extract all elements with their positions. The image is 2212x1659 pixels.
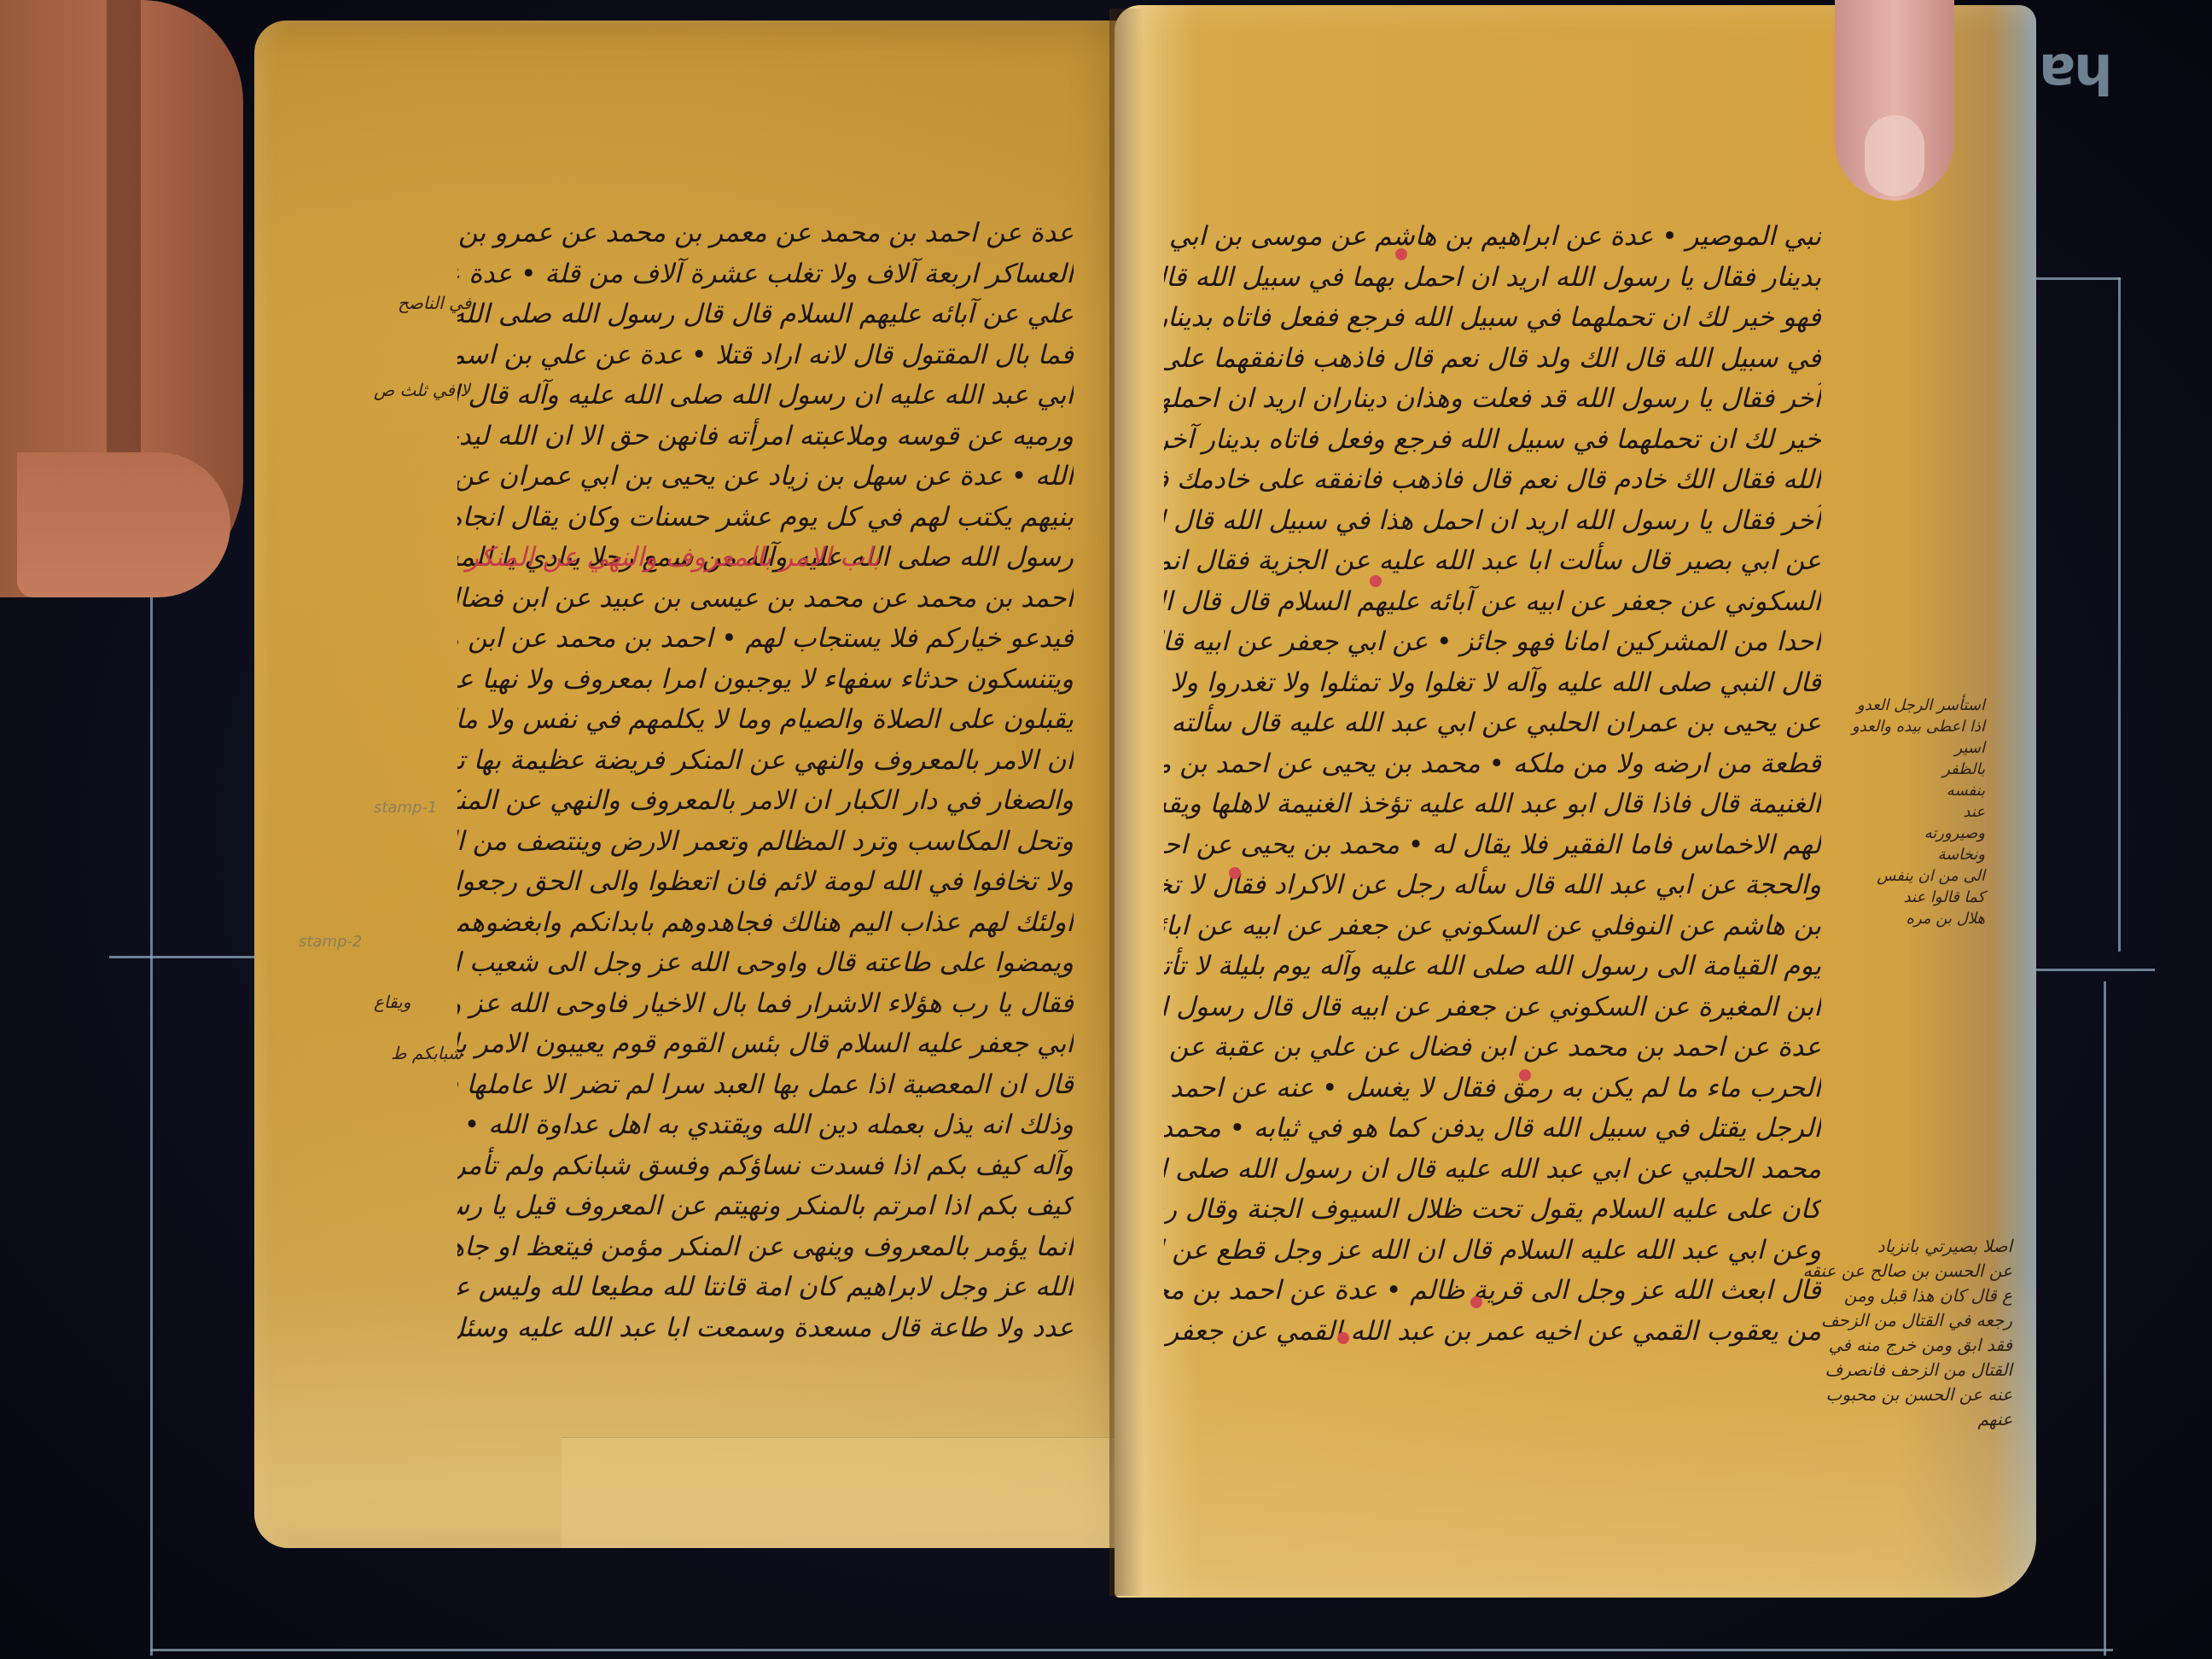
text-line: نبي الموصير • عدة عن ابراهيم بن هاشم عن … bbox=[1164, 217, 1821, 258]
margin-note-line: اصلا بصيرتي بانزياد bbox=[1799, 1234, 2012, 1259]
text-line: قال ان المعصية اذا عمل بها العبد سرا لم … bbox=[457, 1065, 1074, 1106]
text-line: بنيهم يكتب لهم في كل يوم عشر حسنات وكان … bbox=[457, 498, 1074, 538]
text-line: الرجل يقتل في سبيل الله قال يدفن كما هو … bbox=[1164, 1109, 1821, 1150]
mat-grid-line bbox=[2118, 277, 2121, 952]
finger-gap-shadow bbox=[107, 0, 141, 478]
text-line: لهم الاخماس فاما الفقير فلا يقال له • مح… bbox=[1164, 825, 1821, 866]
faded-stamp: stamp-2 bbox=[299, 929, 362, 955]
margin-note-line: اذا اعطى بيده والعدو bbox=[1823, 716, 1985, 737]
fingernail bbox=[1865, 115, 1924, 196]
margin-note-line: ونخاسة bbox=[1823, 844, 1985, 865]
text-line: وعن ابي عبد الله عليه السلام قال ان الله… bbox=[1164, 1231, 1821, 1272]
red-paragraph-marker-icon bbox=[1470, 1296, 1482, 1308]
margin-note: في الناصح bbox=[398, 290, 471, 316]
text-line: عن ابي بصير قال سألت ابا عبد الله عليه ع… bbox=[1164, 541, 1821, 582]
text-line: الغنيمة قال فاذا قال ابو عبد الله عليه ت… bbox=[1164, 784, 1821, 825]
margin-note-line: فقد ابق ومن خرج منه في bbox=[1799, 1333, 2012, 1358]
margin-note-line: عنه عن الحسن بن محبوب عنهم bbox=[1799, 1382, 2012, 1432]
text-line: السكوني عن جعفر عن ابيه عن آبائه عليهم ا… bbox=[1164, 582, 1821, 623]
text-line: ورميه عن قوسه وملاعبته امرأته فانهن حق ا… bbox=[457, 416, 1074, 457]
text-line: قطعة من ارضه ولا من ملكه • محمد بن يحيى … bbox=[1164, 744, 1821, 785]
mat-grid-line bbox=[2035, 969, 2155, 971]
margin-note-line: رجعه في القتال من الزحف bbox=[1799, 1308, 2012, 1333]
paper-repair-patch bbox=[562, 1437, 1125, 1548]
text-line: ولا تخافوا في الله لومة لائم فان اتعظوا … bbox=[457, 862, 1074, 903]
mat-grid-line bbox=[150, 546, 153, 1656]
red-paragraph-marker-icon bbox=[1337, 1332, 1349, 1344]
text-line: يقبلون على الصلاة والصيام وما لا يكلمهم … bbox=[457, 700, 1074, 741]
text-line: ابي جعفر عليه السلام قال بئس القوم قوم ي… bbox=[457, 1024, 1074, 1065]
text-line: آخر فقال يا رسول الله قد فعلت وهذان دينا… bbox=[1164, 379, 1821, 420]
text-line: الحرب ماء ما لم يكن به رمق فقال لا يغسل … bbox=[1164, 1068, 1821, 1109]
text-line: الله • عدة عن سهل بن زياد عن يحيى بن ابي… bbox=[457, 457, 1074, 498]
rubric-line: رسول الله صلى الله عليه وآله من سمع رجلا… bbox=[457, 538, 1074, 579]
text-line: وآله كيف بكم اذا فسدت نساؤكم وفسق شبانكم… bbox=[457, 1146, 1074, 1187]
text-line: من يعقوب القمي عن اخيه عمر بن عبد الله ا… bbox=[1164, 1312, 1821, 1353]
text-line: علي عن آبائه عليهم السلام قال قال رسول ا… bbox=[457, 294, 1074, 335]
text-line: ويمضوا على طاعته قال واوحى الله عز وجل ا… bbox=[457, 943, 1074, 984]
red-paragraph-marker-icon bbox=[1370, 575, 1382, 587]
margin-note-line: كما قالوا عند bbox=[1823, 887, 1985, 908]
text-line: انما يؤمر بالمعروف وينهى عن المنكر مؤمن … bbox=[457, 1227, 1074, 1268]
left-hand-finger bbox=[17, 452, 230, 597]
margin-note-line: بنفسه bbox=[1823, 780, 1985, 801]
margin-note: ويقاع bbox=[374, 989, 410, 1015]
margin-note-line: القتال من الزحف فانصرف bbox=[1799, 1358, 2012, 1382]
text-line: بدينار فقال يا رسول الله اريد ان احمل به… bbox=[1164, 258, 1821, 299]
red-paragraph-marker-icon bbox=[1395, 248, 1407, 260]
chapter-heading-rubric: باب الامر بالمعروف والنهي عن المنكر bbox=[466, 538, 880, 579]
margin-note-line: عند bbox=[1823, 801, 1985, 823]
margin-note-line: استأسر الرجل العدو bbox=[1823, 695, 1985, 716]
manuscript-left-page: عدة عن احمد بن محمد عن معمر بن محمد عن ع… bbox=[254, 20, 1137, 1548]
text-line: يوم القيامة الى رسول الله صلى الله عليه … bbox=[1164, 946, 1821, 987]
text-line: الله عز وجل لابراهيم كان امة قانتا لله م… bbox=[457, 1267, 1074, 1308]
text-line: عن يحيى بن عمران الحلبي عن ابي عبد الله … bbox=[1164, 703, 1821, 744]
text-line: قال ابعث الله عز وجل الى قرية ظالم • عدة… bbox=[1164, 1271, 1821, 1312]
text-line: فيدعو خياركم فلا يستجاب لهم • احمد بن مح… bbox=[457, 619, 1074, 660]
text-line: كان على عليه السلام يقول تحت ظلال السيوف… bbox=[1164, 1190, 1821, 1231]
margin-note-block: اصلا بصيرتي بانزياد عن الحسن بن صالح عن … bbox=[1799, 1234, 2012, 1432]
text-line: ان الامر بالمعروف والنهي عن المنكر فريضة… bbox=[457, 741, 1074, 782]
text-line: العساكر اربعة آلاف ولا تغلب عشرة آلاف من… bbox=[457, 254, 1074, 295]
red-paragraph-marker-icon bbox=[1229, 867, 1241, 879]
text-line: في سبيل الله قال الك ولد قال نعم قال فاذ… bbox=[1164, 339, 1821, 380]
text-line: خير لك ان تحملهما في سبيل الله فرجع وفعل… bbox=[1164, 420, 1821, 461]
text-line: وتحل المكاسب وترد المظالم وتعمر الارض وي… bbox=[457, 822, 1074, 863]
margin-note-line: ع قال كان هذا قبل ومن bbox=[1799, 1284, 2012, 1308]
book-spine-gutter bbox=[1109, 9, 1144, 1596]
manuscript-right-page: نبي الموصير • عدة عن ابراهيم بن هاشم عن … bbox=[1115, 5, 2036, 1598]
text-line: فما بال المقتول قال لانه اراد قتلا • عدة… bbox=[457, 335, 1074, 376]
text-line: ابن المغيرة عن السكوني عن جعفر عن ابيه ق… bbox=[1164, 987, 1821, 1028]
text-line: محمد الحلبي عن ابي عبد الله عليه قال ان … bbox=[1164, 1150, 1821, 1190]
text-line: والحجة عن ابي عبد الله قال سأله رجل عن ا… bbox=[1164, 865, 1821, 906]
mat-grid-line bbox=[150, 1649, 2113, 1651]
text-line: الله فقال الك خادم قال نعم قال فاذهب فان… bbox=[1164, 460, 1821, 501]
margin-note-line: عن الحسن بن صالح عن عنقه bbox=[1799, 1259, 2012, 1284]
margin-note-line: بالظفر bbox=[1823, 759, 1985, 780]
text-line: عدد ولا طاعة قال مسعدة وسمعت ابا عبد الل… bbox=[457, 1308, 1074, 1349]
margin-note-line: الى من ان ينفس bbox=[1823, 865, 1985, 887]
mat-grid-line bbox=[2104, 981, 2106, 1656]
text-line: وذلك انه يذل بعمله دين الله ويقتدي به اه… bbox=[457, 1105, 1074, 1146]
margin-note-block: استأسر الرجل العدو اذا اعطى بيده والعدو … bbox=[1823, 695, 1985, 929]
red-paragraph-marker-icon bbox=[1519, 1069, 1531, 1081]
text-line: عدة عن احمد بن محمد عن معمر بن محمد عن ع… bbox=[457, 213, 1074, 254]
text-line: ويتنسكون حدثاء سفهاء لا يوجبون امرا بمعر… bbox=[457, 660, 1074, 701]
margin-note-line: وصيرورته bbox=[1823, 823, 1985, 844]
text-line: احدا من المشركين امانا فهو جائز • عن ابي… bbox=[1164, 622, 1821, 663]
left-page-text-block: عدة عن احمد بن محمد عن معمر بن محمد عن ع… bbox=[457, 213, 1074, 1348]
right-page-text-block: نبي الموصير • عدة عن ابراهيم بن هاشم عن … bbox=[1164, 217, 1821, 1352]
text-line: ابي عبد الله عليه ان رسول الله صلى الله … bbox=[457, 375, 1074, 416]
text-line: كيف بكم اذا امرتم بالمنكر ونهيتم عن المع… bbox=[457, 1186, 1074, 1227]
text-line: احمد بن محمد عن محمد بن عيسى بن عبيد عن … bbox=[457, 579, 1074, 620]
text-line: عدة عن احمد بن محمد عن ابن فضال عن علي ب… bbox=[1164, 1027, 1821, 1068]
mat-grid-line bbox=[2035, 277, 2121, 280]
margin-note-line: اسير bbox=[1823, 737, 1985, 759]
text-line: بن هاشم عن النوفلي عن السكوني عن جعفر عن… bbox=[1164, 906, 1821, 947]
mat-grid-line bbox=[109, 956, 256, 958]
text-line: آخر فقال يا رسول الله اريد ان احمل هذا ف… bbox=[1164, 501, 1821, 542]
text-line: قال النبي صلى الله عليه وآله لا تغلوا ول… bbox=[1164, 663, 1821, 704]
text-line: فقال يا رب هؤلاء الاشرار فما بال الاخيار… bbox=[457, 984, 1074, 1025]
margin-note: لا في ثلث ص bbox=[374, 377, 470, 403]
margin-note: شبابكم ط bbox=[391, 1040, 463, 1066]
text-line: والصغار في دار الكبار ان الامر بالمعروف … bbox=[457, 781, 1074, 822]
text-line: اولئك لهم عذاب اليم هنالك فجاهدوهم بابدا… bbox=[457, 903, 1074, 944]
text-line: فهو خير لك ان تحملهما في سبيل الله فرجع … bbox=[1164, 298, 1821, 339]
faded-stamp: stamp-1 bbox=[374, 795, 437, 821]
margin-note-line: هلال بن مره bbox=[1823, 908, 1985, 929]
